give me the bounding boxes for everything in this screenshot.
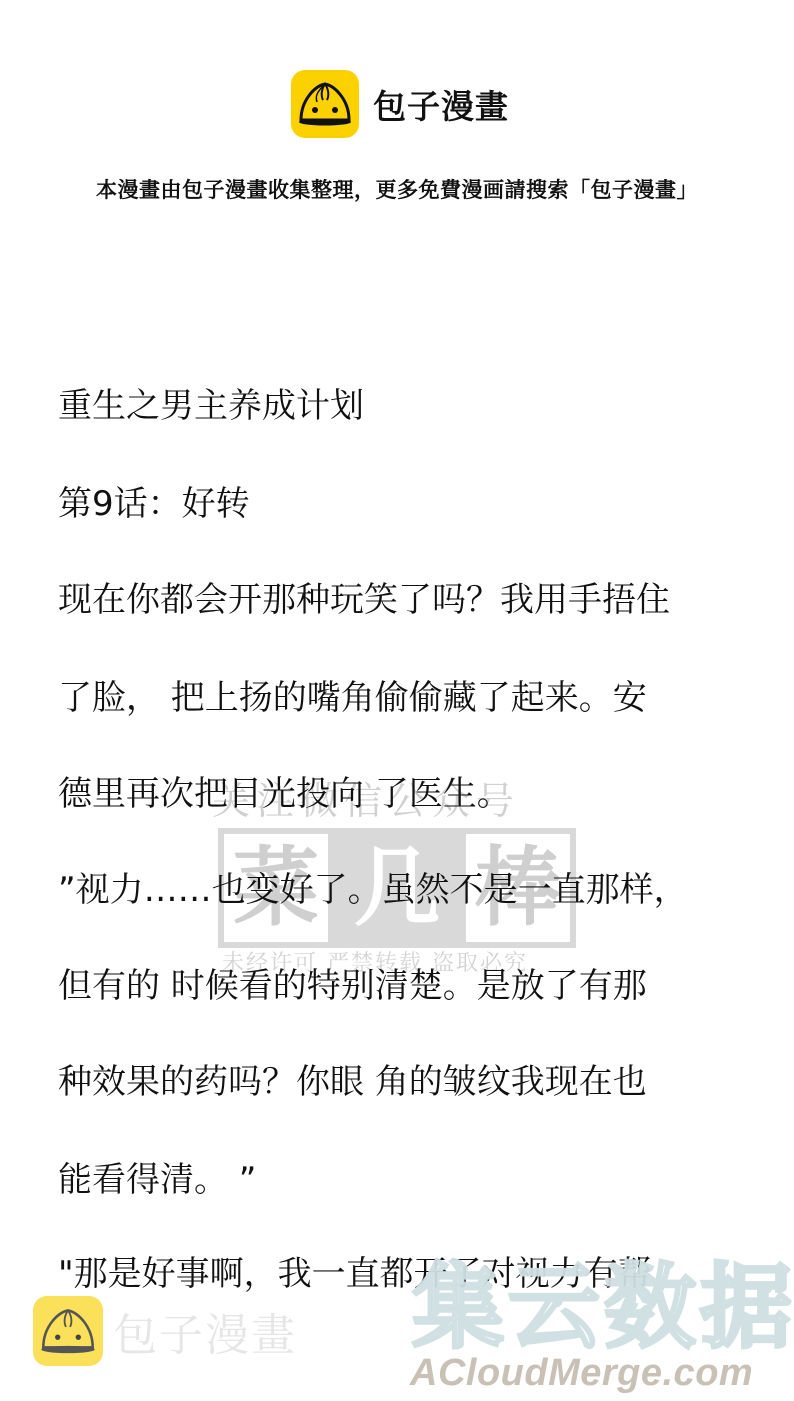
source-notice: 本漫畫由包子漫畫收集整理，更多免費漫画請搜索「包子漫畫」 <box>0 174 794 204</box>
footer-watermark-logo: 包子漫畫 <box>33 1296 297 1366</box>
chapter-title: 第9话：好转 <box>58 482 250 526</box>
text-line: ”视力……也变好了。虽然不是一直那样， <box>58 868 688 912</box>
text-line: 了脸， 把上扬的嘴角偷偷藏了起来。安 <box>58 676 647 720</box>
series-title: 重生之男主养成计划 <box>58 384 364 428</box>
header-logo: 包子漫畫 <box>291 70 509 138</box>
acloudmerge-cn-watermark: 集云数据 <box>412 1262 794 1354</box>
text-line: 能看得清。 ” <box>58 1158 256 1202</box>
brand-name: 包子漫畫 <box>373 81 509 128</box>
text-line: 种效果的药吗？你眼 角的皱纹我现在也 <box>58 1060 647 1104</box>
text-line: 德里再次把目光投向 了医生。 <box>58 772 511 816</box>
bun-mascot-icon <box>33 1296 103 1366</box>
text-line: 现在你都会开那种玩笑了吗？我用手捂住 <box>58 578 670 622</box>
footer-brand-watermark: 包子漫畫 <box>113 1299 297 1363</box>
text-line: 但有的 时候看的特别清楚。是放了有那 <box>58 964 647 1008</box>
bun-mascot-icon <box>291 70 359 138</box>
acloudmerge-en-watermark: ACloudMerge.com <box>410 1352 753 1395</box>
